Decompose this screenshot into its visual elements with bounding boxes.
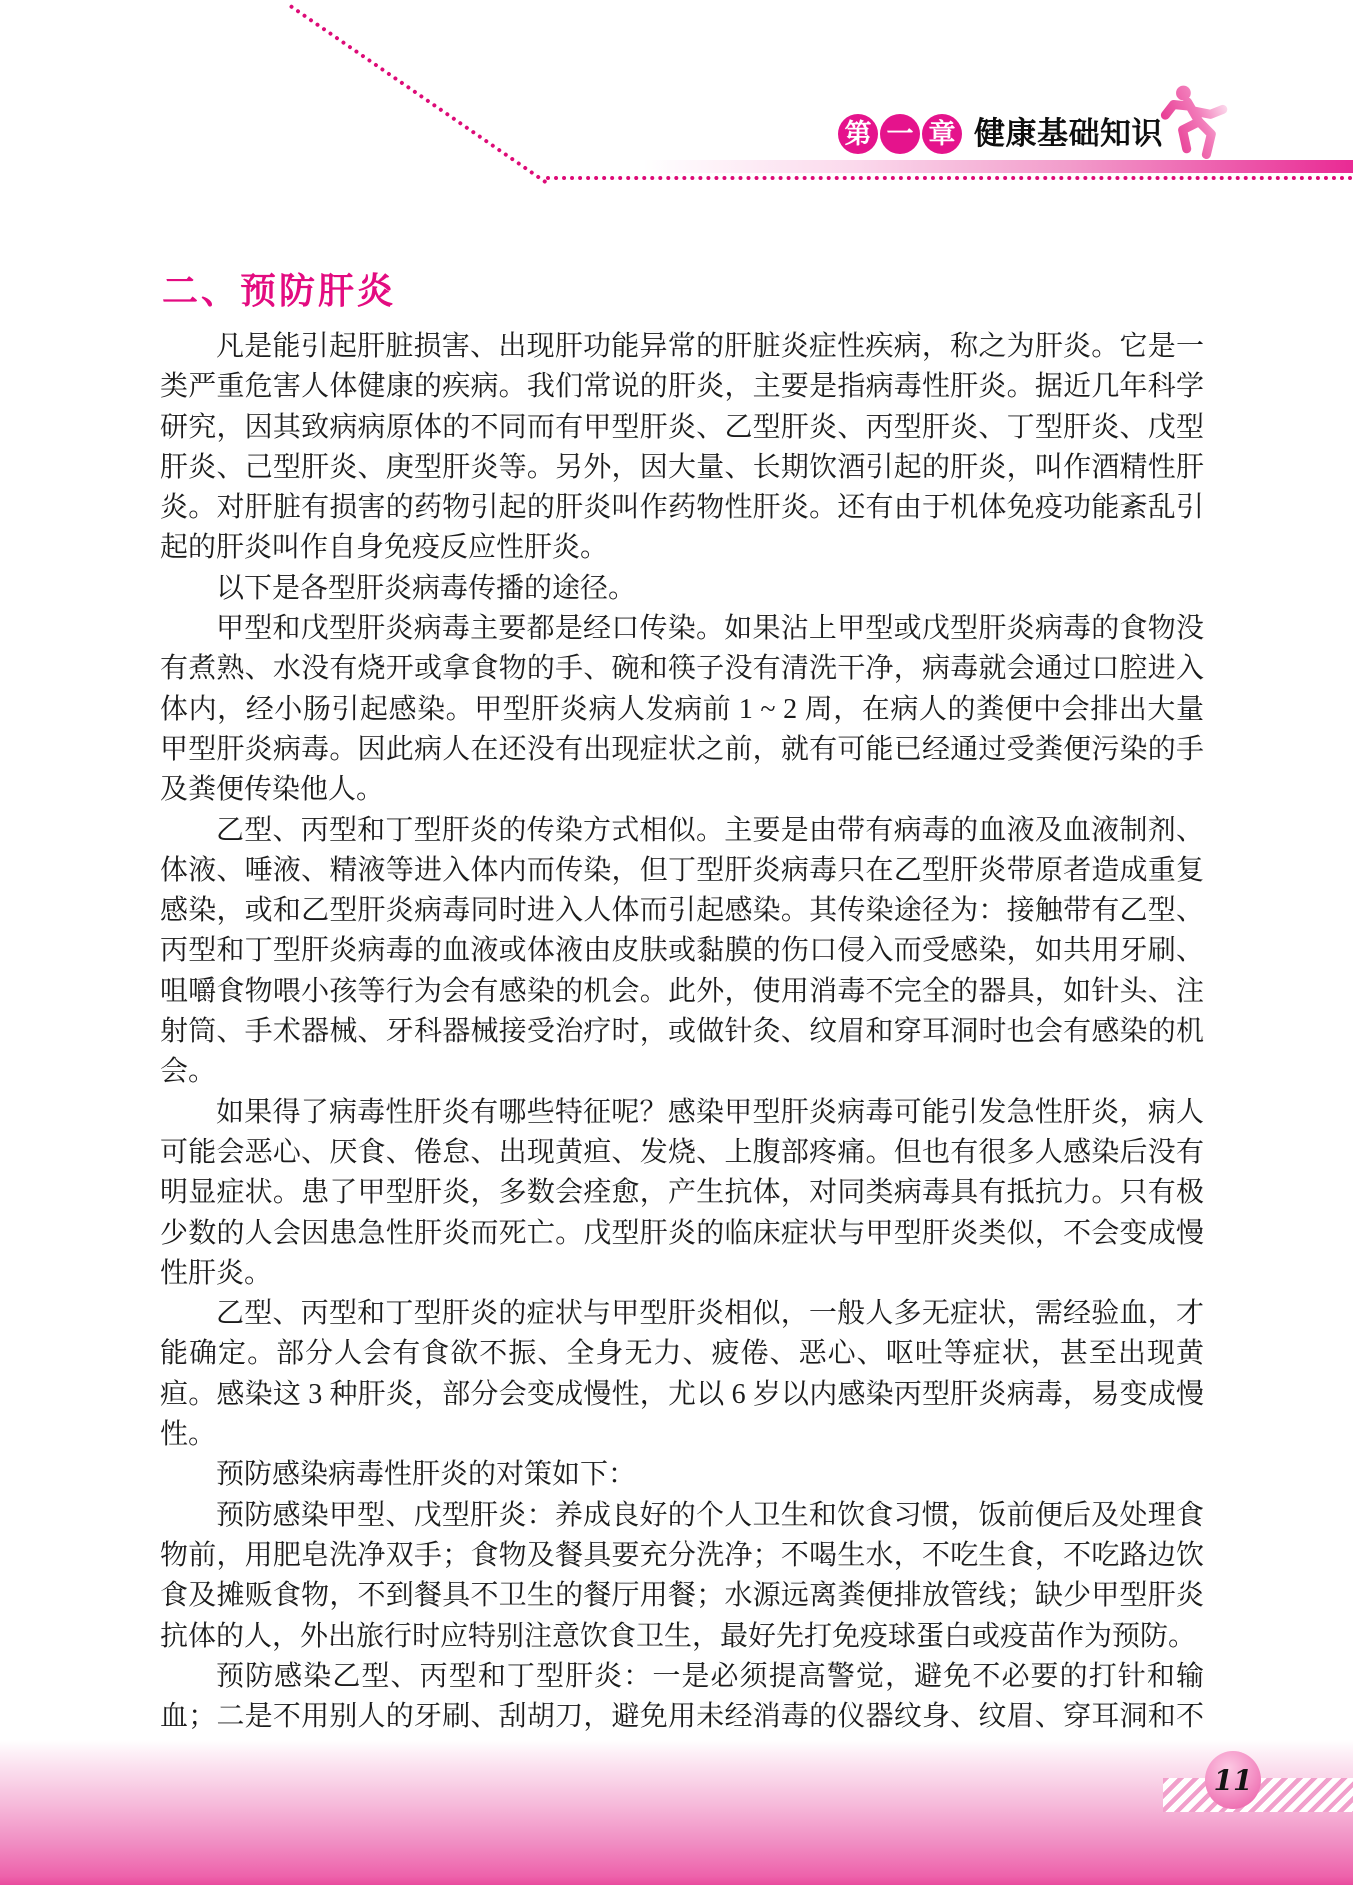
header-gradient-bar xyxy=(643,160,1353,173)
section-title: 二、预防肝炎 xyxy=(162,270,396,312)
paragraph: 预防感染病毒性肝炎的对策如下： xyxy=(160,1455,1204,1495)
running-person-icon xyxy=(1158,84,1240,166)
chapter-badge-circle-2: 一 xyxy=(880,114,920,154)
footer-gradient-band: 11 xyxy=(0,1740,1353,1885)
horizontal-dotted-line xyxy=(546,176,1353,180)
chapter-badge-circle-1: 第 xyxy=(838,114,878,154)
chapter-badge-circle-3: 章 xyxy=(922,114,962,154)
page-number-badge: 11 xyxy=(1205,1751,1261,1809)
paragraph: 如果得了病毒性肝炎有哪些特征呢？感染甲型肝炎病毒可能引发急性肝炎，病人可能会恶心… xyxy=(160,1093,1204,1294)
book-page: 第 一 章 健康基础知识 二、预防肝炎 凡是能引起肝脏损害、出现肝功能异常的肝脏… xyxy=(0,0,1353,1885)
paragraph: 预防感染甲型、戊型肝炎：养成良好的个人卫生和饮食习惯，饭前便后及处理食物前，用肥… xyxy=(160,1496,1204,1657)
paragraph: 凡是能引起肝脏损害、出现肝功能异常的肝脏炎症性疾病，称之为肝炎。它是一类严重危害… xyxy=(160,327,1204,569)
chapter-title: 健康基础知识 xyxy=(974,116,1163,152)
diagonal-dotted-line xyxy=(289,4,548,184)
paragraph: 以下是各型肝炎病毒传播的途径。 xyxy=(160,569,1204,609)
paragraph: 乙型、丙型和丁型肝炎的传染方式相似。主要是由带有病毒的血液及血液制剂、体液、唾液… xyxy=(160,811,1204,1093)
paragraph: 乙型、丙型和丁型肝炎的症状与甲型肝炎相似，一般人多无症状，需经验血，才能确定。部… xyxy=(160,1294,1204,1455)
body-text: 凡是能引起肝脏损害、出现肝功能异常的肝脏炎症性疾病，称之为肝炎。它是一类严重危害… xyxy=(160,327,1204,1858)
paragraph: 甲型和戊型肝炎病毒主要都是经口传染。如果沾上甲型或戊型肝炎病毒的食物没有煮熟、水… xyxy=(160,609,1204,810)
page-number: 11 xyxy=(1214,1764,1253,1797)
